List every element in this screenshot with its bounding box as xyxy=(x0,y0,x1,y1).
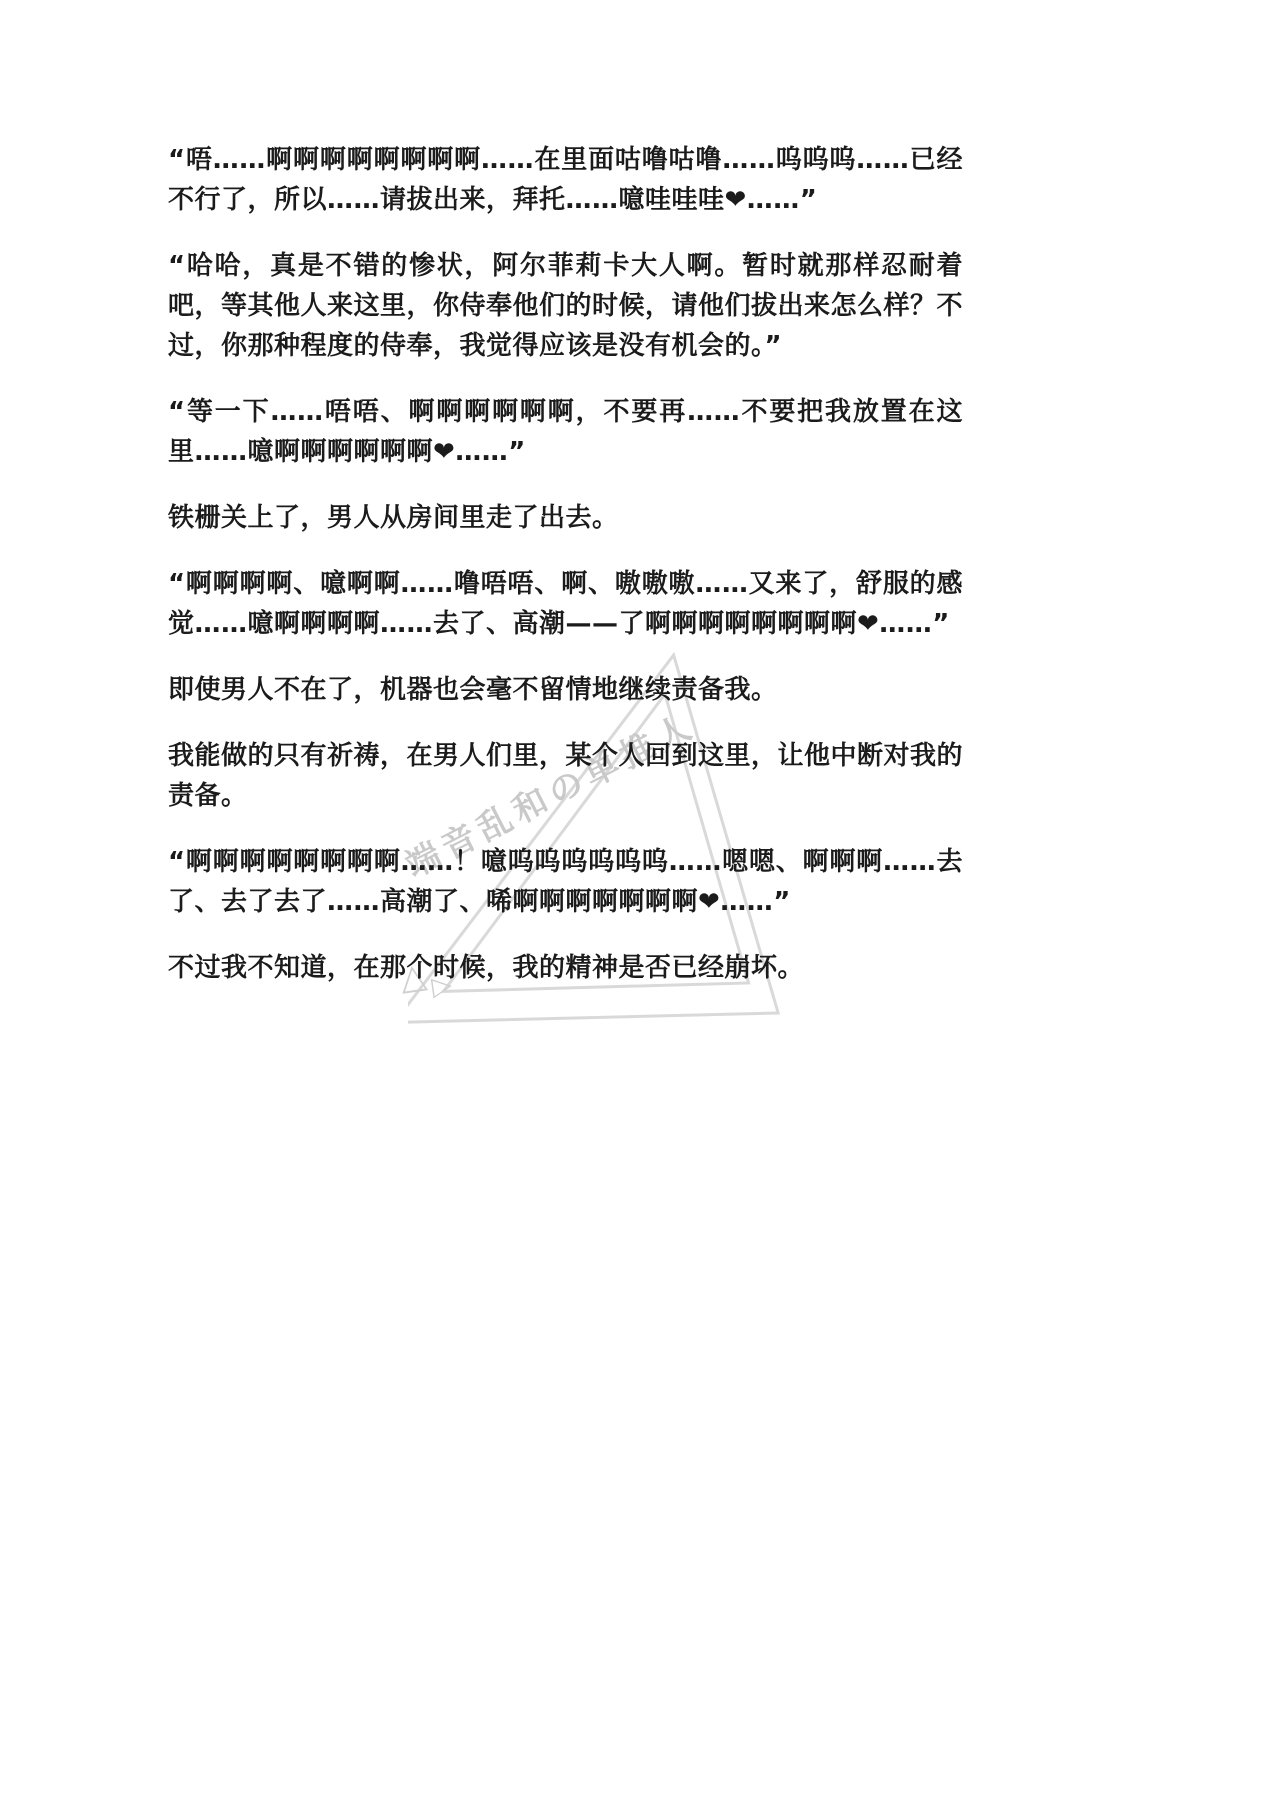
text-content: “唔……啊啊啊啊啊啊啊啊……在里面咕噜咕噜……呜呜呜……已经不行了，所以……请拔… xyxy=(168,140,963,1014)
paragraph-narration: 不过我不知道，在那个时候，我的精神是否已经崩坏。 xyxy=(168,948,963,988)
paragraph-narration: 铁栅关上了，男人从房间里走了出去。 xyxy=(168,498,963,538)
document-page: △▷ 端音乱和の单推人 “唔……啊啊啊啊啊啊啊啊……在里面咕噜咕噜……呜呜呜……… xyxy=(0,0,1280,1810)
paragraph-dialogue: “等一下……唔唔、啊啊啊啊啊啊，不要再……不要把我放置在这里……噫啊啊啊啊啊啊❤… xyxy=(168,392,963,472)
paragraph-dialogue: “啊啊啊啊、噫啊啊……噜唔唔、啊、嗷嗷嗷……又来了，舒服的感觉……噫啊啊啊啊……… xyxy=(168,564,963,644)
paragraph-narration: 我能做的只有祈祷，在男人们里，某个人回到这里，让他中断对我的责备。 xyxy=(168,736,963,816)
paragraph-narration: 即使男人不在了，机器也会毫不留情地继续责备我。 xyxy=(168,670,963,710)
paragraph-dialogue: “啊啊啊啊啊啊啊啊……！噫呜呜呜呜呜呜……嗯嗯、啊啊啊……去了、去了去了……高潮… xyxy=(168,842,963,922)
paragraph-dialogue: “哈哈，真是不错的惨状，阿尔菲莉卡大人啊。暂时就那样忍耐着吧，等其他人来这里，你… xyxy=(168,246,963,366)
paragraph-dialogue: “唔……啊啊啊啊啊啊啊啊……在里面咕噜咕噜……呜呜呜……已经不行了，所以……请拔… xyxy=(168,140,963,220)
